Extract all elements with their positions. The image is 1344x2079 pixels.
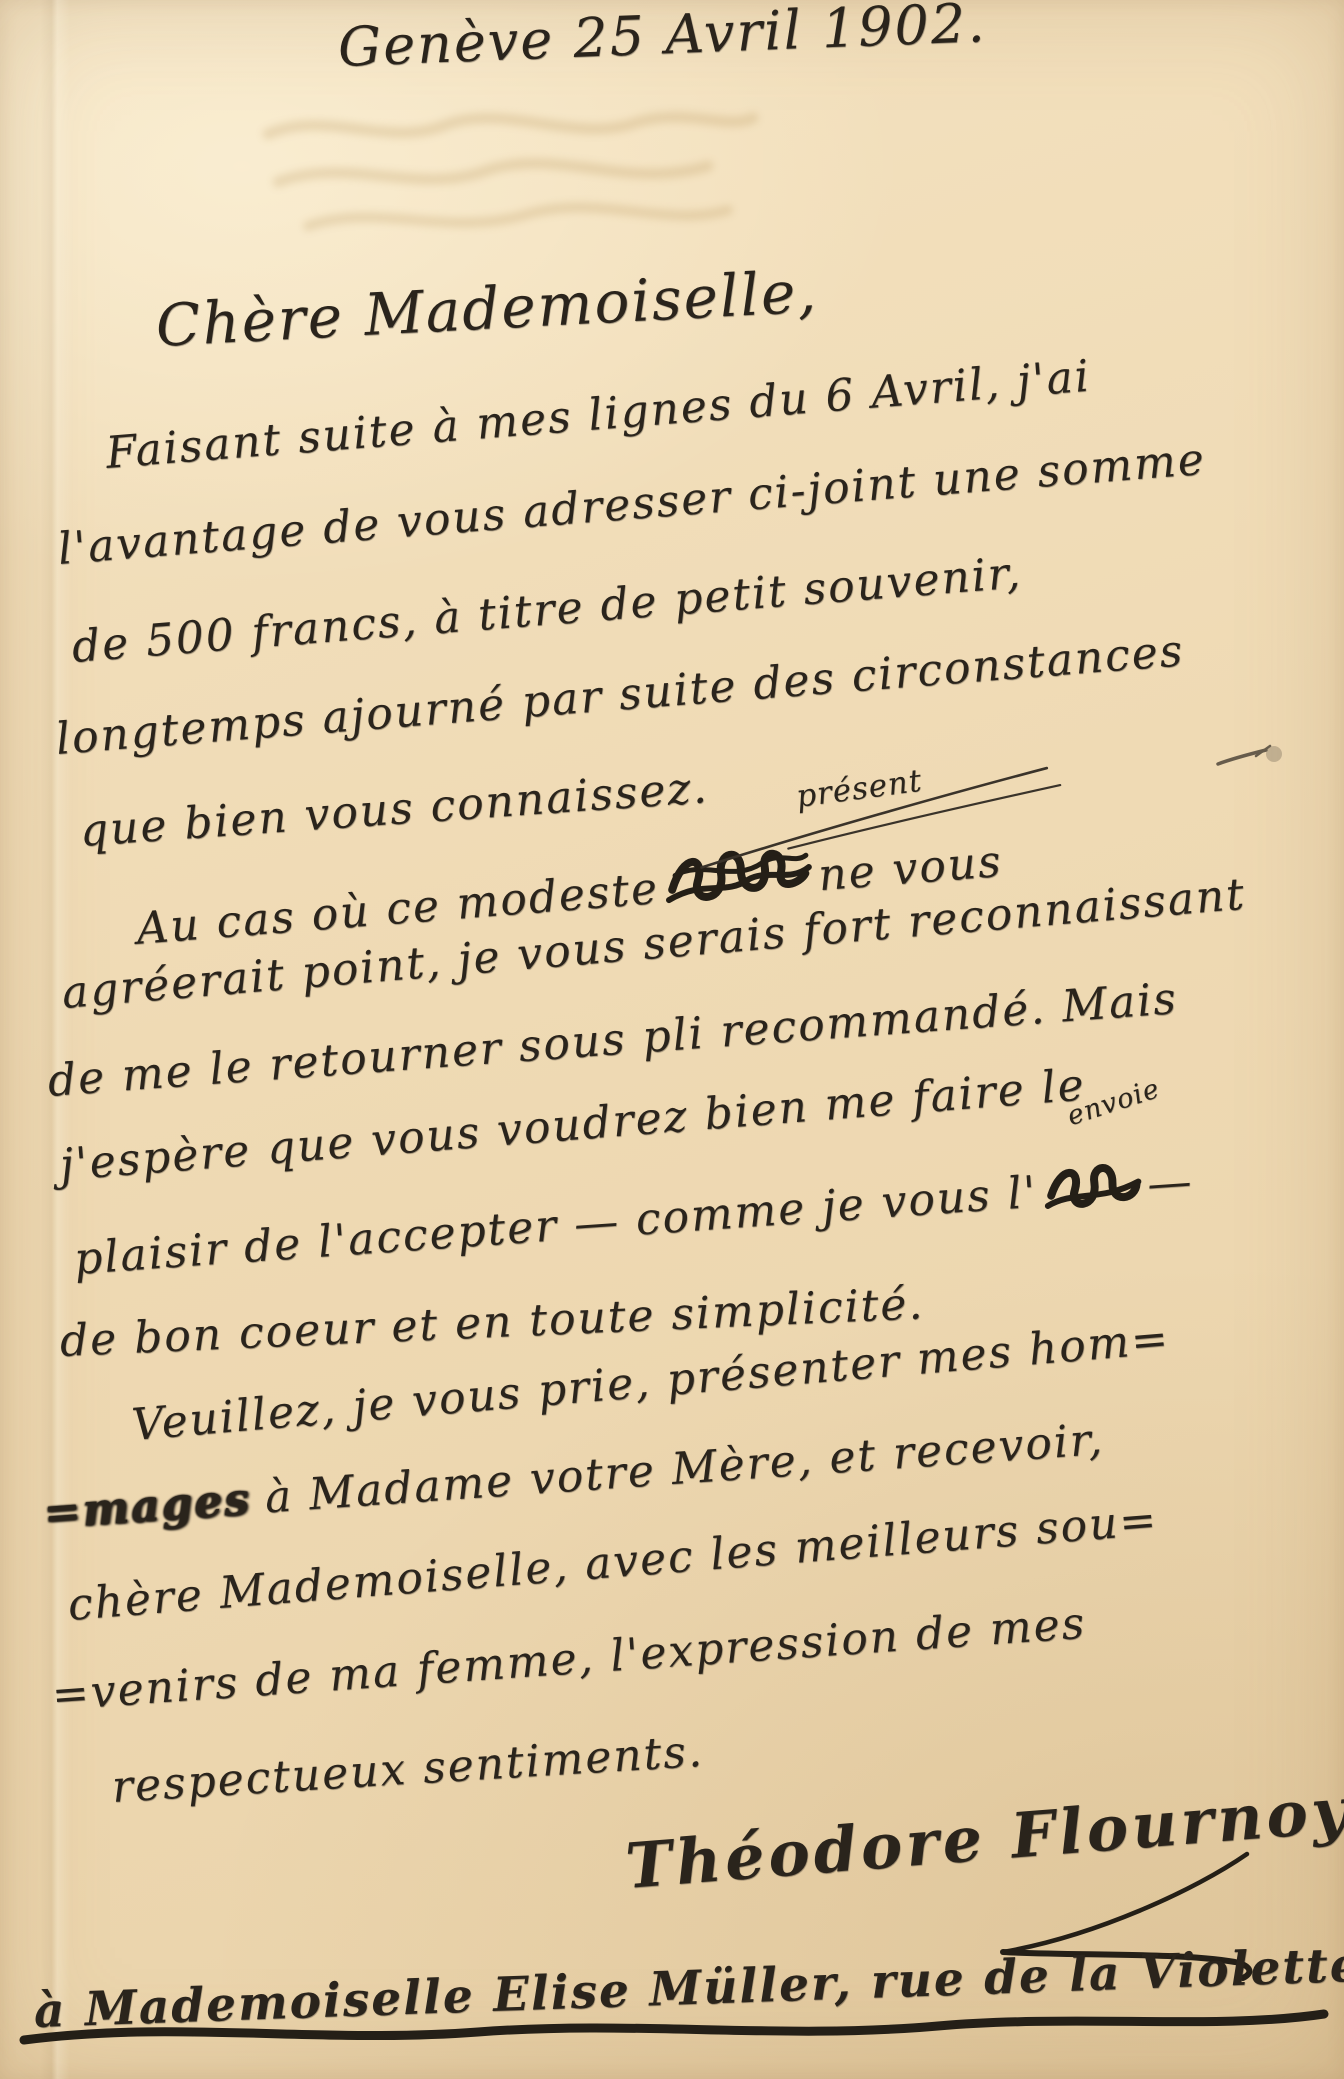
letter-page: Genève 25 Avril 1902. Chère Mademoiselle…: [0, 0, 1344, 2079]
line-text: à Madame votre Mère, et recevoir,: [263, 1414, 1105, 1524]
line-text: —: [1146, 1156, 1195, 1210]
dateline: Genève 25 Avril 1902.: [337, 0, 988, 79]
ink-bleed-through: [248, 104, 768, 254]
paper-crease: [40, 0, 70, 2079]
ink-blotted-word: =mages: [42, 1474, 253, 1539]
ink-smudge-mark: [1212, 736, 1292, 776]
letter-line: respectueux sentiments.: [110, 1726, 705, 1813]
strikethrough-line: [18, 1996, 1330, 2060]
salutation: Chère Mademoiselle,: [154, 257, 819, 360]
letter-line: que bien vous connaissez.: [78, 762, 710, 857]
scratched-word-scribble: [1040, 1151, 1144, 1218]
line-text: plaisir de l'accepter — comme je vous l': [72, 1167, 1039, 1285]
